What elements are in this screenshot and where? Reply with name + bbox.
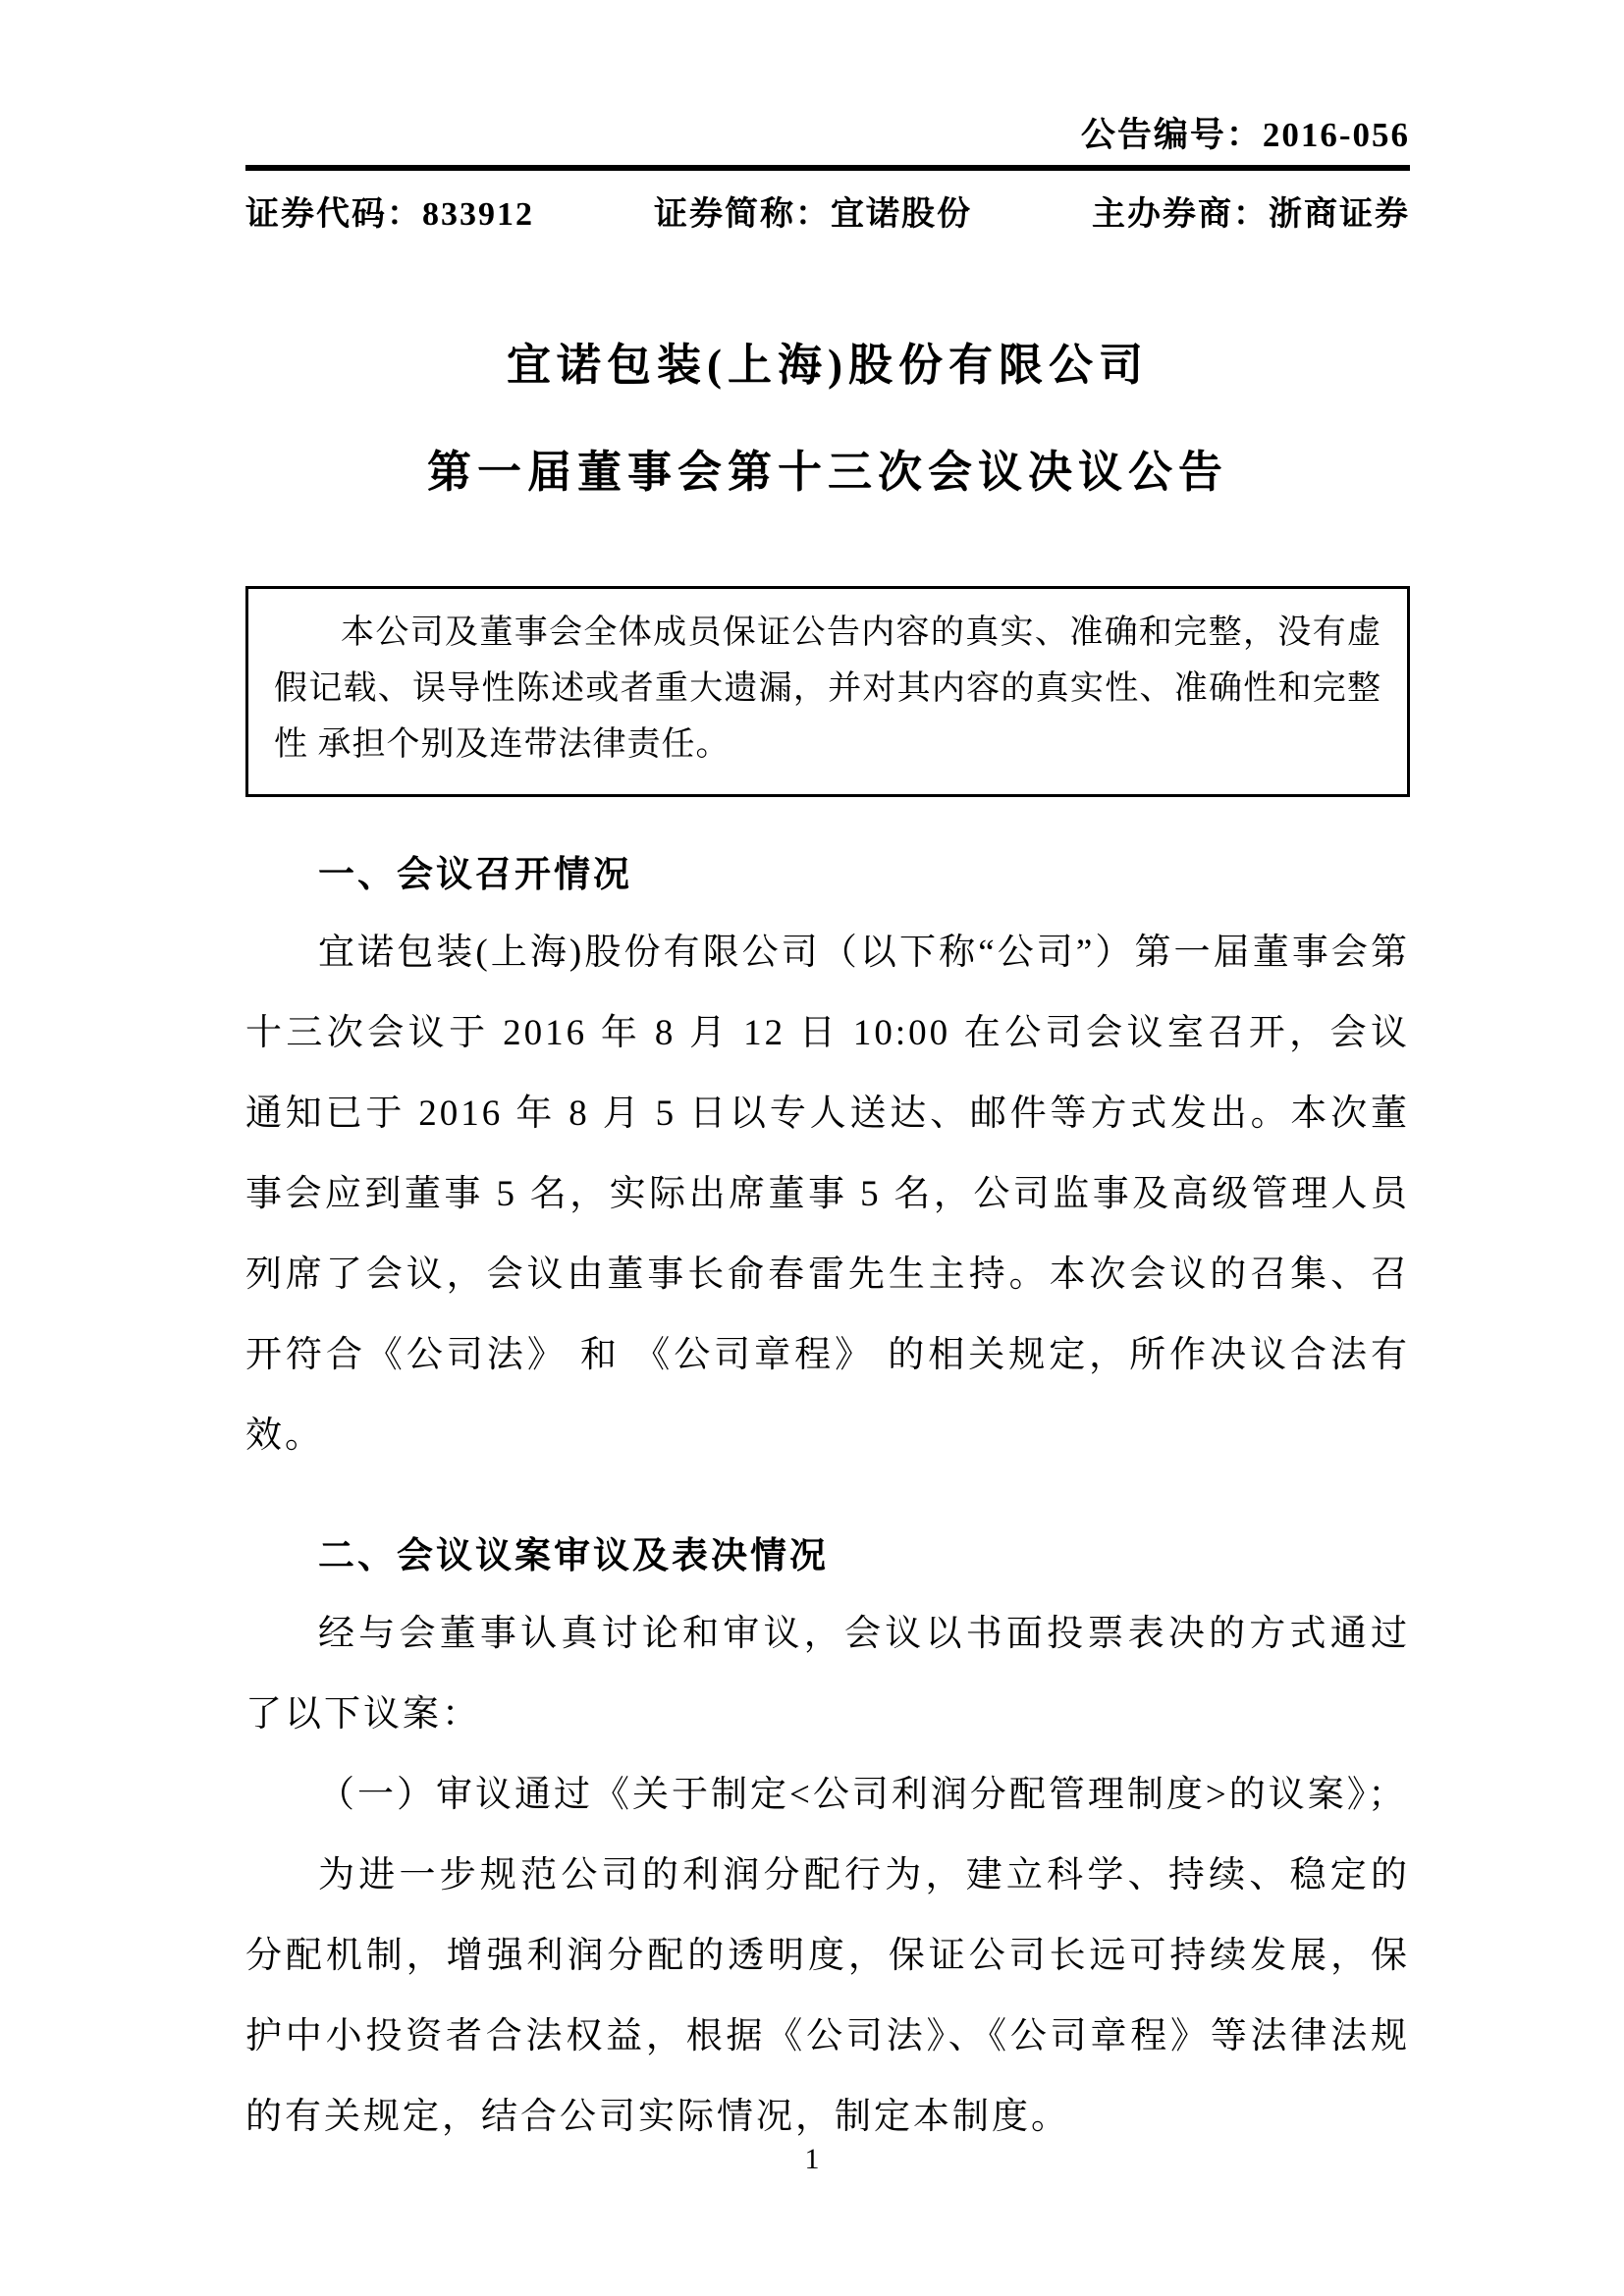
- section-1-paragraph-1: 宜诺包装(上海)股份有限公司（以下称“公司”）第一届董事会第十三次会议于 201…: [245, 913, 1410, 1476]
- section-2-paragraph-1: 经与会董事认真讨论和审议，会议以书面投票表决的方式通过了以下议案：: [245, 1594, 1410, 1755]
- disclaimer-text: 本公司及董事会全体成员保证公告内容的真实、准确和完整，没有虚假记载、误导性陈述或…: [274, 605, 1381, 773]
- document-title-line-1: 宜诺包装(上海)股份有限公司: [245, 329, 1410, 393]
- stock-code: 证券代码：833912: [245, 187, 534, 235]
- document-page: 公告编号：2016-056 证券代码：833912 证券简称：宜诺股份 主办券商…: [0, 0, 1624, 2296]
- disclaimer-box: 本公司及董事会全体成员保证公告内容的真实、准确和完整，没有虚假记载、误导性陈述或…: [245, 586, 1410, 797]
- section-1-heading: 一、会议召开情况: [245, 854, 1410, 897]
- document-content: 公告编号：2016-056 证券代码：833912 证券简称：宜诺股份 主办券商…: [245, 0, 1410, 2158]
- section-2-paragraph-3: 为进一步规范公司的利润分配行为，建立科学、持续、稳定的分配机制，增强利润分配的透…: [245, 1836, 1410, 2158]
- page-number: 1: [0, 2143, 1624, 2176]
- section-2-paragraph-2: （一）审议通过《关于制定<公司利润分配管理制度>的议案》；: [245, 1755, 1410, 1836]
- sponsor-broker: 主办券商：浙商证券: [1092, 187, 1410, 235]
- header-divider: [245, 165, 1410, 171]
- document-title-line-2: 第一届董事会第十三次会议决议公告: [245, 436, 1410, 500]
- section-2-heading: 二、会议议案审议及表决情况: [245, 1535, 1410, 1578]
- stock-short-name: 证券简称：宜诺股份: [654, 187, 972, 235]
- announcement-number: 公告编号：2016-056: [245, 108, 1410, 157]
- securities-header-row: 证券代码：833912 证券简称：宜诺股份 主办券商：浙商证券: [245, 187, 1410, 235]
